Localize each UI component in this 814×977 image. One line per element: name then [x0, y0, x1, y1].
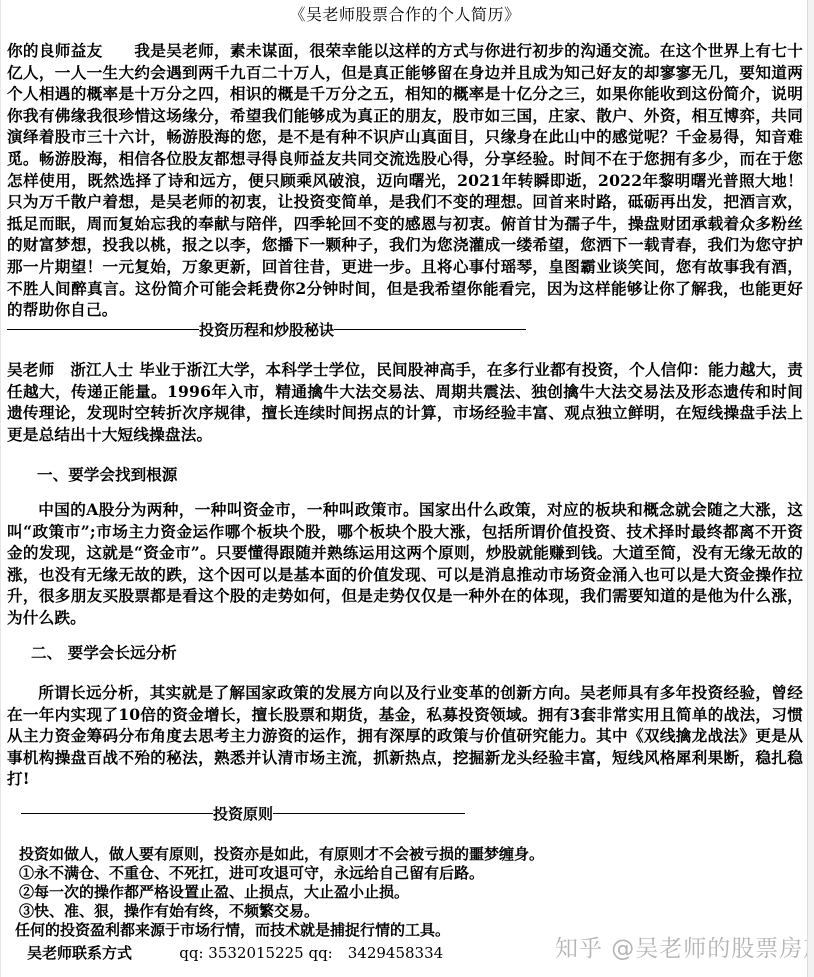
principles-intro: 投资如做人，做人要有原则，投资亦是如此，有原则才不会被亏损的噩梦缠身。 [19, 845, 544, 864]
document-title: 《吴老师股票合作的个人简历》 [1, 2, 809, 25]
section-divider-principles: 投资原则 [21, 803, 465, 824]
bio-paragraph: 吴老师 浙江人士 毕业于浙江大学，本科学士学位，民间股神高手，在多行业都有投资，… [7, 359, 803, 445]
contact-qq: qq: 3532015225 qq: 3429458334 [179, 944, 443, 962]
principle-item: ①永不满仓、不重仓、不死扛，进可攻退可守，永远给自己留有后路。 [19, 864, 544, 883]
divider-line-left [7, 329, 199, 330]
zhihu-watermark: 知乎 @吴老师的股票房产 [555, 930, 814, 963]
point1-heading: 一、要学会找到根源 [37, 463, 177, 485]
principle-item: ③快、准、狠，操作有始有终，不频繁交易。 [19, 902, 544, 921]
document-page: 《吴老师股票合作的个人简历》 你的良师益友 我是吴老师，素未谋面，很荣幸能以这样… [0, 0, 809, 977]
page-edge [807, 0, 814, 977]
contact-info: 吴老师联系方式 qq: 3532015225 qq: 3429458334 [27, 942, 443, 963]
point2-heading: 二、 要学会长远分析 [31, 641, 177, 663]
contact-label: 吴老师联系方式 [27, 944, 132, 962]
point1-body: 中国的A股分为两种，一种叫资金市，一种叫政策市。国家出什么政策，对应的板块和概念… [7, 499, 803, 629]
closing-line: 任何的投资盈利都来源于市场行情，而技术就是捕捉行情的工具。 [15, 921, 544, 940]
section-title: 投资原则 [213, 803, 273, 824]
intro-paragraph: 你的良师益友 我是吴老师，素未谋面，很荣幸能以这样的方式与你进行初步的沟通交流。… [7, 40, 803, 321]
principles-list: 投资如做人，做人要有原则，投资亦是如此，有原则才不会被亏损的噩梦缠身。 ①永不满… [19, 845, 544, 940]
point2-body: 所谓长远分析，其实就是了解国家政策的发展方向以及行业变革的创新方向。吴老师具有多… [7, 682, 803, 790]
section-title: 投资历程和炒股秘诀 [199, 319, 334, 340]
section-divider-investment-history: 投资历程和炒股秘诀 [7, 319, 526, 340]
divider-line-right [334, 329, 526, 330]
divider-line-right [273, 813, 465, 814]
divider-line-left [21, 813, 213, 814]
principle-item: ②每一次的操作都严格设置止盈、止损点，大止盈小止损。 [19, 883, 544, 902]
